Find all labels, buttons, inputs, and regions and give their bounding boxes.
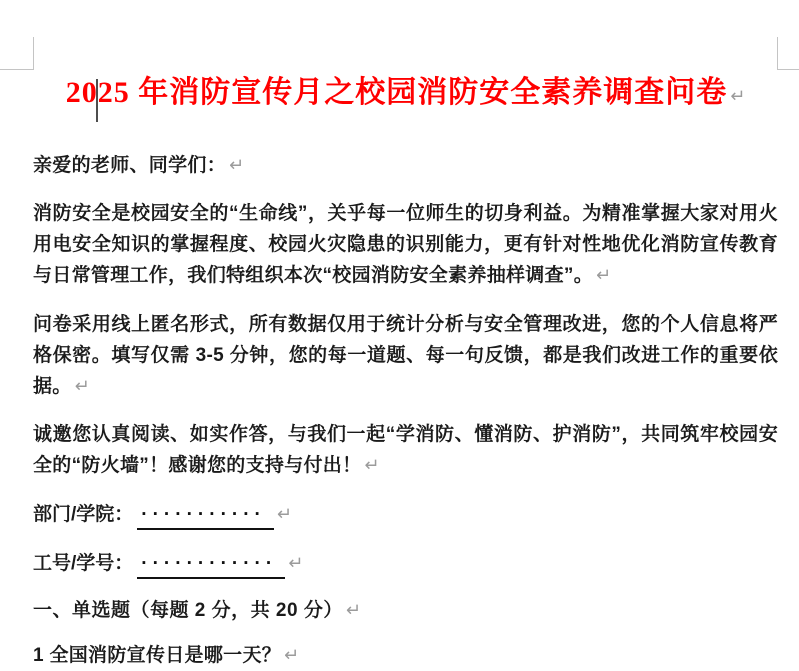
paragraph-mark-icon: ↵ [277,504,292,524]
section-heading-text: 一、单选题（每题 2 分，共 20 分） [33,600,343,621]
document-page[interactable]: 2025 年消防宣传月之校园消防安全素养调查问卷↵ 亲爱的老师、同学们：↵ 消防… [0,0,799,671]
paragraph-mark-icon: ↵ [229,155,244,175]
id-number-field-label: 工号/学号： [33,553,133,574]
paragraph-mark-icon: ↵ [730,86,745,106]
title-line: 2025 年消防宣传月之校园消防安全素养调查问卷↵ [33,70,778,121]
question-1: 1 全国消防宣传日是哪一天？↵ [33,640,778,671]
document-content: 2025 年消防宣传月之校园消防安全素养调查问卷↵ 亲爱的老师、同学们：↵ 消防… [33,0,778,671]
paragraph-mark-icon: ↵ [288,553,303,573]
intro-paragraph: 消防安全是校园安全的“生命线”，关乎每一位师生的切身利益。为精准掌握大家对用火用… [33,198,778,291]
greeting-line: 亲爱的老师、同学们：↵ [33,150,778,181]
paragraph-mark-icon: ↵ [364,455,379,475]
text-cursor [96,79,98,122]
intro-paragraph-text: 消防安全是校园安全的“生命线”，关乎每一位师生的切身利益。为精准掌握大家对用火用… [33,203,778,286]
paragraph-mark-icon: ↵ [596,265,611,285]
privacy-paragraph: 问卷采用线上匿名形式，所有数据仅用于统计分析与安全管理改进，您的个人信息将严格保… [33,309,778,402]
paragraph-mark-icon: ↵ [346,600,361,620]
department-field-label: 部门/学院： [33,504,133,525]
invitation-paragraph: 诚邀您认真阅读、如实作答，与我们一起“学消防、懂消防、护消防”，共同筑牢校园安全… [33,419,778,481]
document-title: 2025 年消防宣传月之校园消防安全素养调查问卷 [66,76,728,109]
id-number-fill-blank[interactable]: ············ [137,552,285,579]
section-heading-single-choice: 一、单选题（每题 2 分，共 20 分）↵ [33,595,778,626]
question-1-text: 1 全国消防宣传日是哪一天？ [33,645,281,666]
department-fill-blank[interactable]: ··········· [137,503,274,530]
paragraph-mark-icon: ↵ [284,645,299,665]
department-field-row: 部门/学院：···········↵ [33,498,778,531]
greeting-text: 亲爱的老师、同学们： [33,155,226,176]
paragraph-mark-icon: ↵ [75,376,90,396]
invitation-paragraph-text: 诚邀您认真阅读、如实作答，与我们一起“学消防、懂消防、护消防”，共同筑牢校园安全… [33,424,778,476]
id-number-field-row: 工号/学号：············↵ [33,547,778,580]
privacy-paragraph-text: 问卷采用线上匿名形式，所有数据仅用于统计分析与安全管理改进，您的个人信息将严格保… [33,314,778,397]
margin-crop-mark-top-right-horizontal [777,69,799,70]
margin-crop-mark-top-left-horizontal [0,69,34,70]
